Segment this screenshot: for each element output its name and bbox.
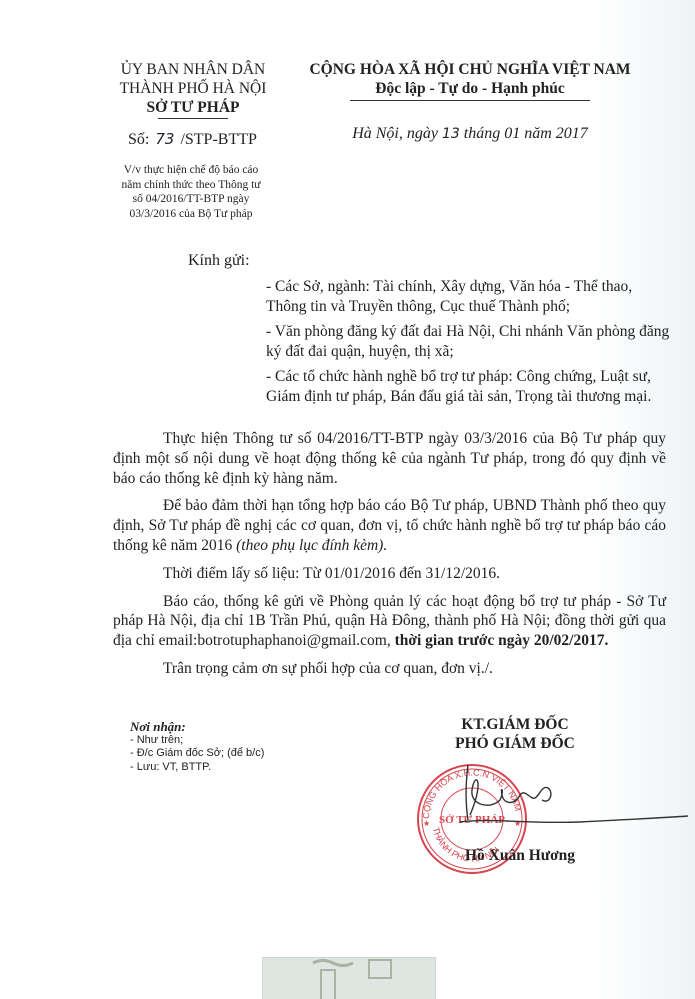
number-handwritten: 73 [155, 130, 174, 148]
addressee-list: - Các Sở, ngành: Tài chính, Xây dựng, Vă… [266, 277, 676, 412]
document-date: Hà Nội, ngày 13 tháng 01 năm 2017 [300, 125, 640, 143]
national-title: CỘNG HÒA XÃ HỘI CHỦ NGHĨA VIỆT NAM [300, 60, 640, 79]
subject-line: 03/3/2016 của Bộ Tư pháp [96, 207, 286, 222]
body-paragraph: Thực hiện Thông tư số 04/2016/TT-BTP ngà… [113, 429, 666, 488]
body-text: Để bảo đảm thời hạn tổng hợp báo cáo Bộ … [113, 497, 666, 554]
deadline: thời gian trước ngày 20/02/2017. [395, 632, 609, 649]
signatory-name: Hồ Xuân Hương [440, 847, 600, 865]
handwritten-signature-icon [430, 760, 690, 840]
national-header: CỘNG HÒA XÃ HỘI CHỦ NGHĨA VIỆT NAM Độc l… [300, 60, 640, 101]
subject-line: số 04/2016/TT-BTP ngày [96, 192, 286, 207]
recipient-item: - Lưu: VT, BTTP. [130, 761, 264, 775]
number-suffix: /STP-BTTP [180, 131, 256, 148]
document-page: ỦY BAN NHÂN DÂN THÀNH PHỐ HÀ NỘI SỞ TƯ P… [0, 0, 695, 999]
signatory-line-2: PHÓ GIÁM ĐỐC [395, 734, 635, 753]
document-subject: V/v thực hiện chế độ báo cáo năm chính t… [96, 163, 286, 221]
authority-department: SỞ TƯ PHÁP [88, 98, 298, 117]
addressee-item: - Các tổ chức hành nghề bổ trợ tư pháp: … [266, 367, 676, 406]
authority-line-2: THÀNH PHỐ HÀ NỘI [88, 79, 298, 98]
recipients-title: Nơi nhận: [130, 720, 264, 734]
addressee-item: - Văn phòng đăng ký đất đai Hà Nội, Chi … [266, 322, 676, 361]
date-prefix: Hà Nội, ngày [352, 125, 438, 142]
recipient-item: - Như trên; [130, 734, 264, 748]
body-italic: (theo phụ lục đính kèm). [236, 537, 387, 554]
recipients-block: Nơi nhận: - Như trên; - Đ/c Giám đốc Sở;… [130, 720, 264, 774]
addressee-item: - Các Sở, ngành: Tài chính, Xây dựng, Vă… [266, 277, 676, 316]
divider [350, 100, 590, 101]
addressee-label: Kính gửi: [188, 252, 250, 270]
subject-line: V/v thực hiện chế độ báo cáo [96, 163, 286, 178]
signatory-title: KT.GIÁM ĐỐC PHÓ GIÁM ĐỐC [395, 715, 635, 753]
divider [158, 118, 228, 119]
signatory-line-1: KT.GIÁM ĐỐC [395, 715, 635, 734]
authority-line-1: ỦY BAN NHÂN DÂN [88, 60, 298, 79]
body-paragraph: Để bảo đảm thời hạn tổng hợp báo cáo Bộ … [113, 496, 666, 555]
national-motto: Độc lập - Tự do - Hạnh phúc [300, 79, 640, 98]
body-paragraph: Trân trọng cảm ơn sự phối hợp của cơ qua… [113, 659, 666, 679]
date-day-handwritten: 13 [442, 126, 460, 142]
subject-line: năm chính thức theo Thông tư [96, 178, 286, 193]
body-paragraph: Thời điểm lấy số liệu: Từ 01/01/2016 đến… [113, 564, 666, 584]
letter-body: Thực hiện Thông tư số 04/2016/TT-BTP ngà… [113, 429, 666, 687]
recipient-item: - Đ/c Giám đốc Sở; (để b/c) [130, 747, 264, 761]
document-number: Số:73/STP-BTTP [128, 130, 257, 149]
body-paragraph: Báo cáo, thống kê gửi về Phòng quản lý c… [113, 592, 666, 651]
date-rest: tháng 01 năm 2017 [464, 125, 588, 142]
issuing-authority: ỦY BAN NHÂN DÂN THÀNH PHỐ HÀ NỘI SỞ TƯ P… [88, 60, 298, 119]
number-label: Số: [128, 131, 149, 148]
bottom-seal-image [262, 957, 436, 999]
